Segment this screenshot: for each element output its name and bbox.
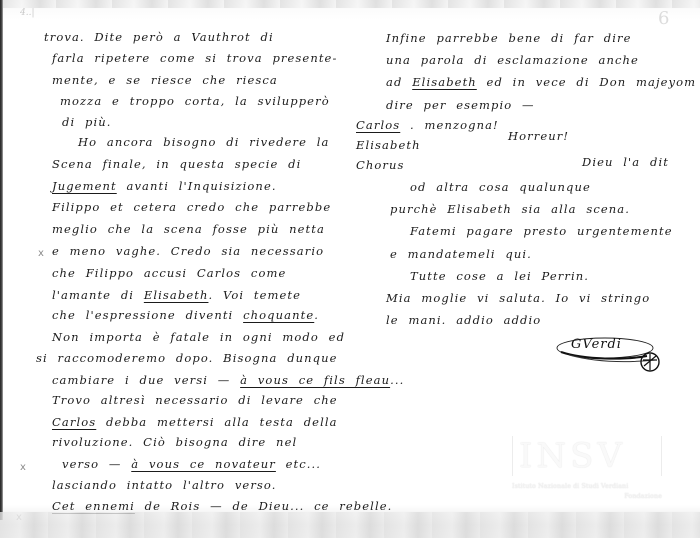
handwritten-line: Carlos . menzogna! — [356, 118, 499, 132]
watermark-caption: Istituto Nazionale di Studi Verdiani — [512, 482, 662, 490]
handwritten-line: ad Elisabeth ed in vece di Don majeyom — [386, 75, 696, 89]
handwritten-line: trova. Dite però a Vauthrot di — [44, 30, 274, 44]
handwritten-line: rivoluzione. Ciò bisogna dire nel — [52, 435, 297, 449]
handwritten-line: Filippo et cetera credo che parrebbe — [52, 200, 331, 214]
corner-pencil-mark: 4..| — [20, 8, 34, 18]
bottom-edge-shadow — [0, 512, 700, 538]
handwritten-line: Carlos debba mettersi alla testa della — [52, 415, 338, 429]
handwritten-line: verso — à vous ce novateur etc... — [62, 457, 321, 471]
handwritten-line: che l'espressione diventi choquante. — [52, 308, 319, 322]
handwritten-line: e mandatemeli qui. — [390, 247, 532, 261]
handwritten-line: si raccomoderemo dopo. Bisogna dunque — [36, 351, 338, 365]
handwritten-line: una parola di esclamazione anche — [386, 53, 639, 67]
handwritten-line: Scena finale, in questa specie di — [52, 157, 301, 171]
underlined-word: à vous ce novateur — [131, 457, 276, 471]
margin-x-mark: x — [38, 248, 44, 259]
handwritten-line: Non importa è fatale in ogni modo ed — [52, 330, 345, 344]
handwritten-line: Mia moglie vi saluta. Io vi stringo — [386, 291, 650, 305]
handwritten-line: Dieu l'a dit — [582, 155, 669, 169]
institute-watermark: INSV Istituto Nazionale di Studi Verdian… — [512, 436, 662, 506]
signature: GVerdi — [555, 330, 665, 380]
handwritten-line: mozza e troppo corta, la svilupperò — [60, 94, 330, 108]
handwritten-line: e meno vaghe. Credo sia necessario — [52, 244, 324, 258]
underlined-word: Carlos — [52, 415, 96, 429]
signature-text: GVerdi — [571, 337, 622, 352]
handwritten-line: meglio che la scena fosse più netta — [52, 222, 325, 236]
underlined-word: choquante — [243, 308, 314, 322]
page-number: 6 — [658, 8, 669, 29]
handwritten-line: Infine parrebbe bene di far dire — [386, 31, 632, 45]
handwritten-line: Cet ennemi de Rois — de Dieu... ce rebel… — [52, 499, 392, 513]
handwritten-line: l'amante di Elisabeth. Voi temete — [52, 288, 301, 302]
watermark-logo: INSV — [512, 436, 662, 476]
handwritten-line: Ho ancora bisogno di rivedere la — [78, 135, 330, 149]
handwritten-line: purchè Elisabeth sia alla scena. — [390, 202, 630, 216]
handwritten-line: farla ripetere come si trova presente- — [52, 51, 337, 65]
handwritten-line: Tutte cose a lei Perrin. — [410, 269, 589, 283]
margin-x-mark: x — [20, 462, 26, 473]
underlined-word: Cet ennemi — [52, 499, 135, 513]
handwritten-line: Trovo altresì necessario di levare che — [52, 393, 338, 407]
underlined-word: Elisabeth — [144, 288, 209, 302]
handwritten-line: lasciando intatto l'altro verso. — [52, 478, 277, 492]
handwritten-line: cambiare i due versi — à vous ce fils fl… — [52, 373, 404, 387]
handwritten-line: mente, e se riesce che riesca — [52, 73, 278, 87]
handwritten-line: che Filippo accusi Carlos come — [52, 266, 286, 280]
left-page-edge — [0, 0, 3, 520]
handwritten-line: dire per esempio — — [386, 98, 535, 112]
underlined-word: Elisabeth — [412, 75, 477, 89]
handwritten-line: Jugement avanti l'Inquisizione. — [52, 179, 277, 193]
handwritten-line: Elisabeth — [356, 138, 421, 152]
top-edge-shadow — [0, 0, 700, 8]
handwritten-line: Chorus — [356, 158, 405, 172]
underlined-word: Carlos — [356, 118, 400, 132]
handwritten-line: le mani. addio addio — [386, 313, 541, 327]
underlined-word: à vous ce fils fleau — [240, 373, 390, 387]
handwritten-line: od altra cosa qualunque — [410, 180, 591, 194]
underlined-word: Jugement — [52, 179, 117, 193]
watermark-subcaption: Fondazione — [512, 492, 662, 500]
handwritten-line: di più. — [62, 115, 112, 129]
handwritten-line: Horreur! — [508, 129, 569, 143]
scanned-letter-page: 4..| 6 trova. Dite però a Vauthrot difar… — [0, 0, 700, 538]
handwritten-line: Fatemi pagare presto urgentemente — [410, 224, 673, 238]
